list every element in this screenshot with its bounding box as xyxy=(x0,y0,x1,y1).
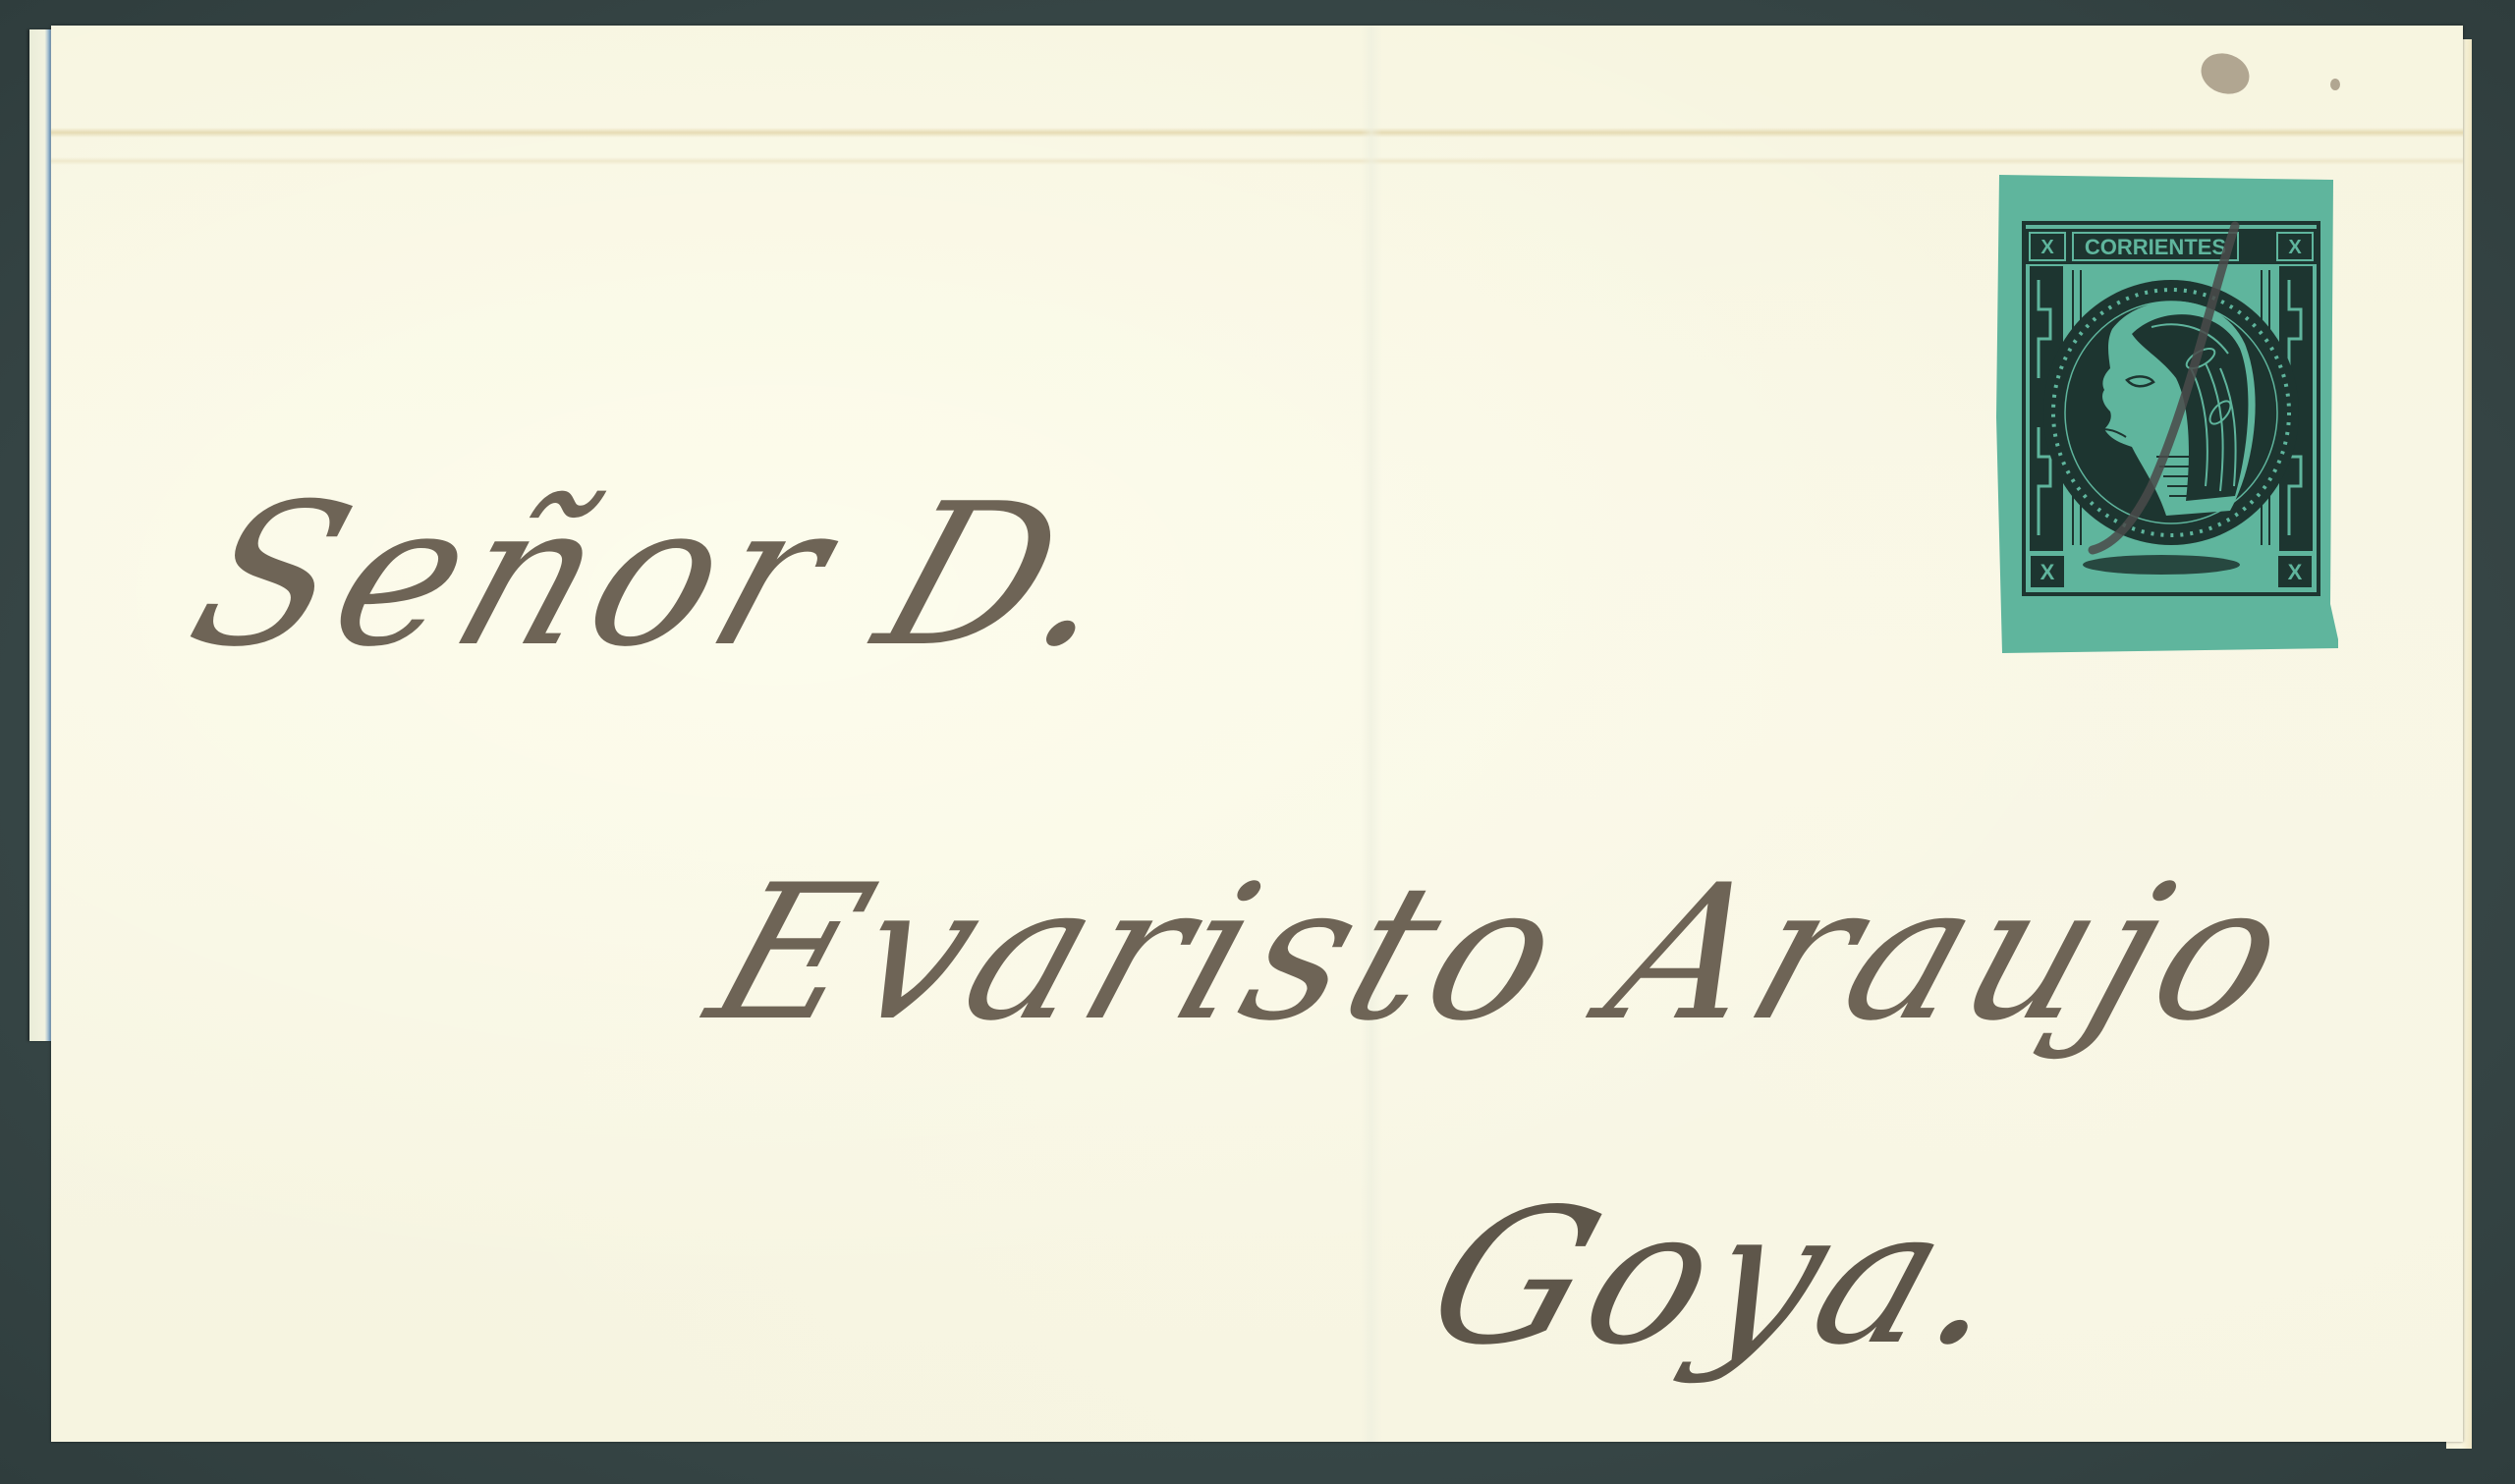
svg-text:X: X xyxy=(2040,560,2055,584)
fold-line-top xyxy=(51,128,2463,137)
postage-stamp: CORRIENTES X X X X xyxy=(1994,172,2338,653)
stamp-artwork: CORRIENTES X X X X xyxy=(1994,172,2338,653)
address-recipient-name: Evaristo Araujo xyxy=(688,845,2317,1062)
address-town: Goya. xyxy=(1405,1169,2042,1386)
fold-line-vertical xyxy=(1361,26,1382,1442)
address-salutation: Señor D. xyxy=(167,462,1153,690)
svg-text:X: X xyxy=(2040,237,2054,258)
svg-text:X: X xyxy=(2288,560,2303,584)
svg-text:X: X xyxy=(2288,237,2302,258)
ink-stain-small xyxy=(2330,79,2340,90)
fold-line-top-secondary xyxy=(51,157,2463,165)
stamp-inscription: CORRIENTES xyxy=(2085,235,2226,259)
